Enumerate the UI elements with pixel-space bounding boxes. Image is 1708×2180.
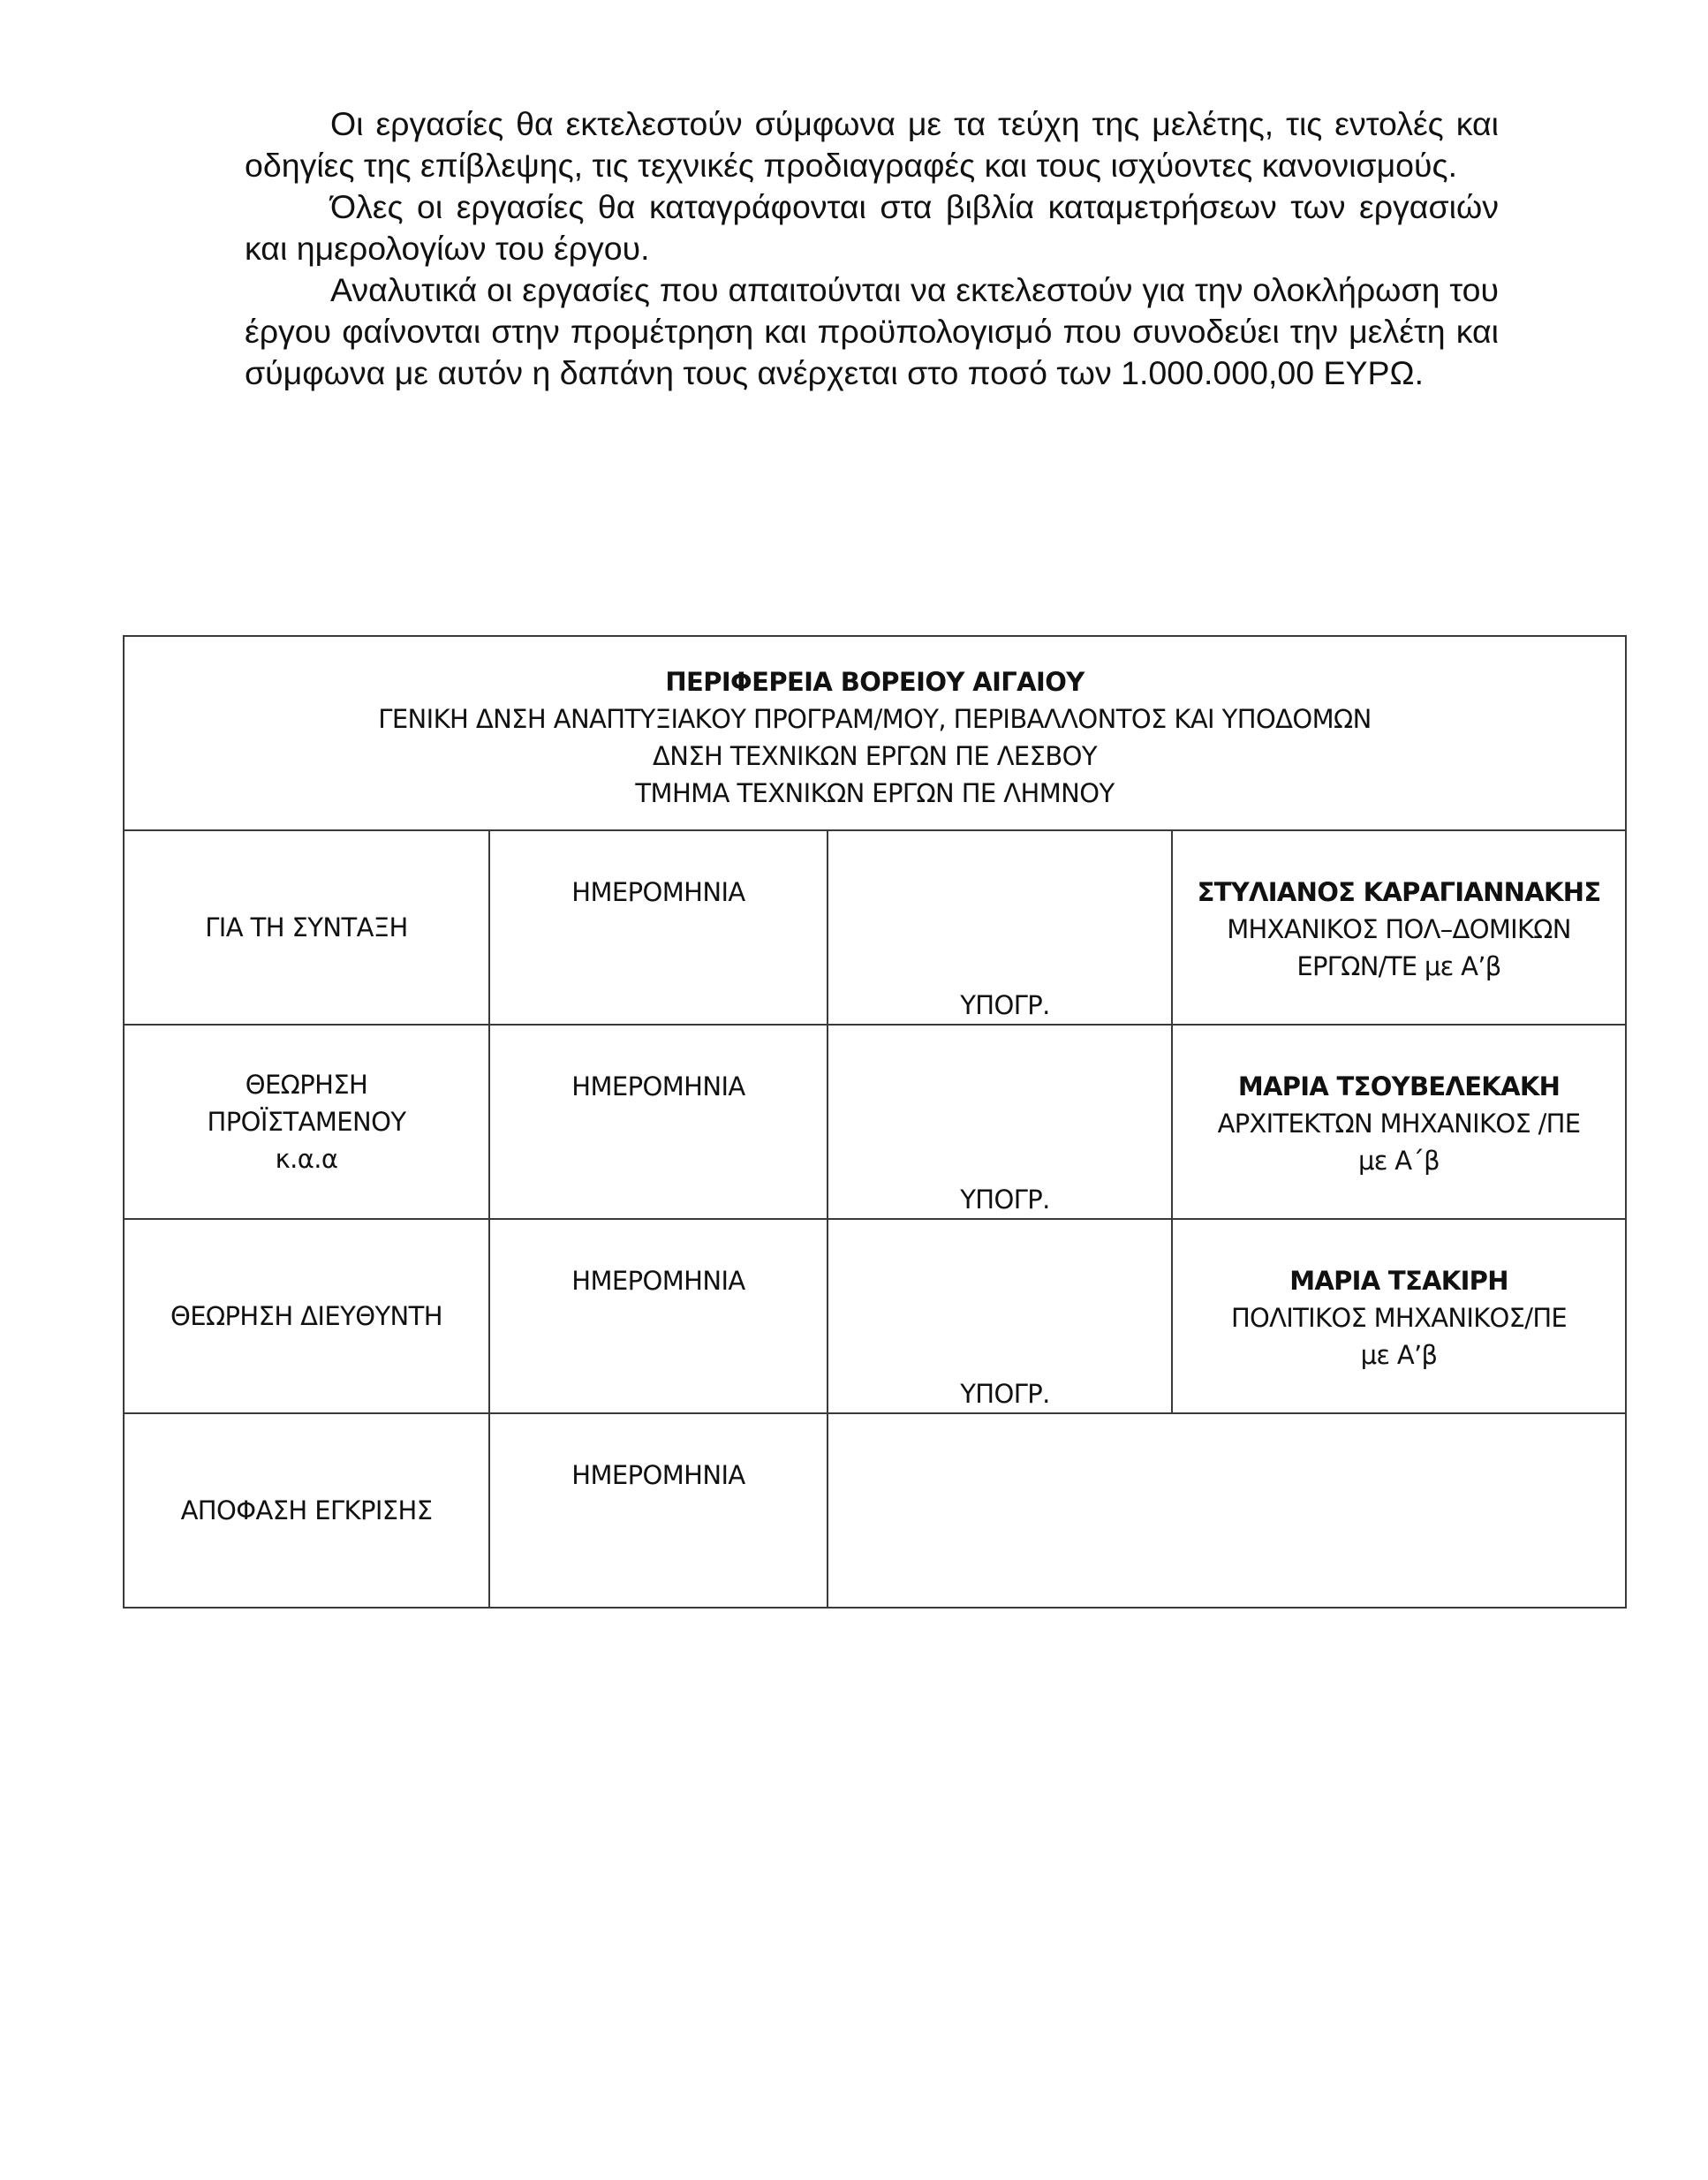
role-label: ΑΠΟΦΑΣΗ ΕΓΚΡΙΣΗΣ bbox=[181, 1495, 433, 1525]
signatory-position: ΜΗΧΑΝΙΚΟΣ ΠΟΛ–ΔΟΜΙΚΩΝ bbox=[1173, 911, 1625, 948]
date-label: ΗΜΕΡΟΜΗΝΙΑ bbox=[571, 1460, 744, 1490]
signature-label: ΥΠΟΓΡ. bbox=[828, 1375, 1171, 1412]
signatory-position: ΑΡΧΙΤΕΚΤΩΝ ΜΗΧΑΝΙΚΟΣ /ΠΕ bbox=[1173, 1105, 1625, 1142]
authority-title: ΠΕΡΙΦΕΡΕΙΑ ΒΟΡΕΙΟΥ ΑΙΓΑΙΟΥ bbox=[125, 663, 1625, 700]
signatory-name: ΣΤΥΛΙΑΝΟΣ ΚΑΡΑΓΙΑΝΝΑΚΗΣ bbox=[1173, 874, 1625, 911]
signatory-position: με Α΄β bbox=[1173, 1142, 1625, 1179]
signatory-position: ΠΟΛΙΤΙΚΟΣ ΜΗΧΑΝΙΚΟΣ/ΠΕ bbox=[1173, 1299, 1625, 1336]
signatory-position: ΕΡΓΩΝ/ΤΕ με Α’β bbox=[1173, 948, 1625, 985]
role-label: ΓΙΑ ΤΗ ΣΥΝΤΑΞΗ bbox=[205, 912, 408, 942]
paragraph-works-execution: Οι εργασίες θα εκτελεστούν σύμφωνα με τα… bbox=[245, 103, 1499, 186]
role-label: ΘΕΩΡΗΣΗ bbox=[125, 1066, 488, 1103]
signature-cell: ΥΠΟΓΡ. bbox=[828, 1025, 1172, 1219]
signature-cell: ΥΠΟΓΡ. bbox=[828, 830, 1172, 1025]
paragraph-budget: Αναλυτικά οι εργασίες που απαιτούνται να… bbox=[245, 269, 1499, 394]
signatory-name: ΜΑΡΙΑ ΤΣΟΥΒΕΛΕΚΑΚΗ bbox=[1173, 1068, 1625, 1105]
signatory-cell: ΜΑΡΙΑ ΤΣΟΥΒΕΛΕΚΑΚΗ ΑΡΧΙΤΕΚΤΩΝ ΜΗΧΑΝΙΚΟΣ … bbox=[1172, 1025, 1626, 1219]
role-cell: ΘΕΩΡΗΣΗ ΠΡΟΪΣΤΑΜΕΝΟΥ κ.α.α bbox=[124, 1025, 489, 1219]
role-cell: ΑΠΟΦΑΣΗ ΕΓΚΡΙΣΗΣ bbox=[124, 1413, 489, 1608]
paragraph-works-recording: Όλες οι εργασίες θα καταγράφονται στα βι… bbox=[245, 186, 1499, 269]
date-cell: ΗΜΕΡΟΜΗΝΙΑ bbox=[489, 1219, 828, 1413]
date-cell: ΗΜΕΡΟΜΗΝΙΑ bbox=[489, 1025, 828, 1219]
authority-line: ΓΕΝΙΚΗ ΔΝΣΗ ΑΝΑΠΤΥΞΙΑΚΟΥ ΠΡΟΓΡΑΜ/ΜΟΥ, ΠΕ… bbox=[125, 700, 1625, 738]
table-row: ΘΕΩΡΗΣΗ ΠΡΟΪΣΤΑΜΕΝΟΥ κ.α.α ΗΜΕΡΟΜΗΝΙΑ ΥΠ… bbox=[124, 1025, 1626, 1219]
signature-cell: ΥΠΟΓΡ. bbox=[828, 1219, 1172, 1413]
signatory-position: με Α’β bbox=[1173, 1336, 1625, 1374]
authority-line: ΤΜΗΜΑ ΤΕΧΝΙΚΩΝ ΕΡΓΩΝ ΠΕ ΛΗΜΝΟΥ bbox=[125, 775, 1625, 812]
signatory-cell: ΣΤΥΛΙΑΝΟΣ ΚΑΡΑΓΙΑΝΝΑΚΗΣ ΜΗΧΑΝΙΚΟΣ ΠΟΛ–ΔΟ… bbox=[1172, 830, 1626, 1025]
table-header-row: ΠΕΡΙΦΕΡΕΙΑ ΒΟΡΕΙΟΥ ΑΙΓΑΙΟΥ ΓΕΝΙΚΗ ΔΝΣΗ Α… bbox=[124, 636, 1626, 830]
table-row: ΘΕΩΡΗΣΗ ΔΙΕΥΘΥΝΤΗ ΗΜΕΡΟΜΗΝΙΑ ΥΠΟΓΡ. ΜΑΡΙ… bbox=[124, 1219, 1626, 1413]
date-cell: ΗΜΕΡΟΜΗΝΙΑ bbox=[489, 1413, 828, 1608]
role-label: ΠΡΟΪΣΤΑΜΕΝΟΥ bbox=[125, 1103, 488, 1140]
signature-label: ΥΠΟΓΡ. bbox=[828, 1181, 1171, 1218]
role-label: ΘΕΩΡΗΣΗ ΔΙΕΥΘΥΝΤΗ bbox=[170, 1301, 442, 1331]
date-label: ΗΜΕΡΟΜΗΝΙΑ bbox=[571, 877, 744, 907]
signature-table: ΠΕΡΙΦΕΡΕΙΑ ΒΟΡΕΙΟΥ ΑΙΓΑΙΟΥ ΓΕΝΙΚΗ ΔΝΣΗ Α… bbox=[123, 635, 1627, 1609]
authority-line: ΔΝΣΗ ΤΕΧΝΙΚΩΝ ΕΡΓΩΝ ΠΕ ΛΕΣΒΟΥ bbox=[125, 738, 1625, 775]
role-cell: ΘΕΩΡΗΣΗ ΔΙΕΥΘΥΝΤΗ bbox=[124, 1219, 489, 1413]
signature-label: ΥΠΟΓΡ. bbox=[828, 987, 1171, 1024]
signatory-cell: ΜΑΡΙΑ ΤΣΑΚΙΡΗ ΠΟΛΙΤΙΚΟΣ ΜΗΧΑΝΙΚΟΣ/ΠΕ με … bbox=[1172, 1219, 1626, 1413]
date-label: ΗΜΕΡΟΜΗΝΙΑ bbox=[571, 1266, 744, 1296]
role-label: κ.α.α bbox=[125, 1140, 488, 1177]
date-cell: ΗΜΕΡΟΜΗΝΙΑ bbox=[489, 830, 828, 1025]
signatory-name: ΜΑΡΙΑ ΤΣΑΚΙΡΗ bbox=[1173, 1262, 1625, 1299]
table-row: ΓΙΑ ΤΗ ΣΥΝΤΑΞΗ ΗΜΕΡΟΜΗΝΙΑ ΥΠΟΓΡ. ΣΤΥΛΙΑΝ… bbox=[124, 830, 1626, 1025]
body-text: Οι εργασίες θα εκτελεστούν σύμφωνα με τα… bbox=[245, 103, 1499, 394]
approval-decision-cell bbox=[828, 1413, 1626, 1608]
date-label: ΗΜΕΡΟΜΗΝΙΑ bbox=[571, 1071, 744, 1101]
table-row: ΑΠΟΦΑΣΗ ΕΓΚΡΙΣΗΣ ΗΜΕΡΟΜΗΝΙΑ bbox=[124, 1413, 1626, 1608]
role-cell: ΓΙΑ ΤΗ ΣΥΝΤΑΞΗ bbox=[124, 830, 489, 1025]
authority-header: ΠΕΡΙΦΕΡΕΙΑ ΒΟΡΕΙΟΥ ΑΙΓΑΙΟΥ ΓΕΝΙΚΗ ΔΝΣΗ Α… bbox=[124, 636, 1626, 830]
